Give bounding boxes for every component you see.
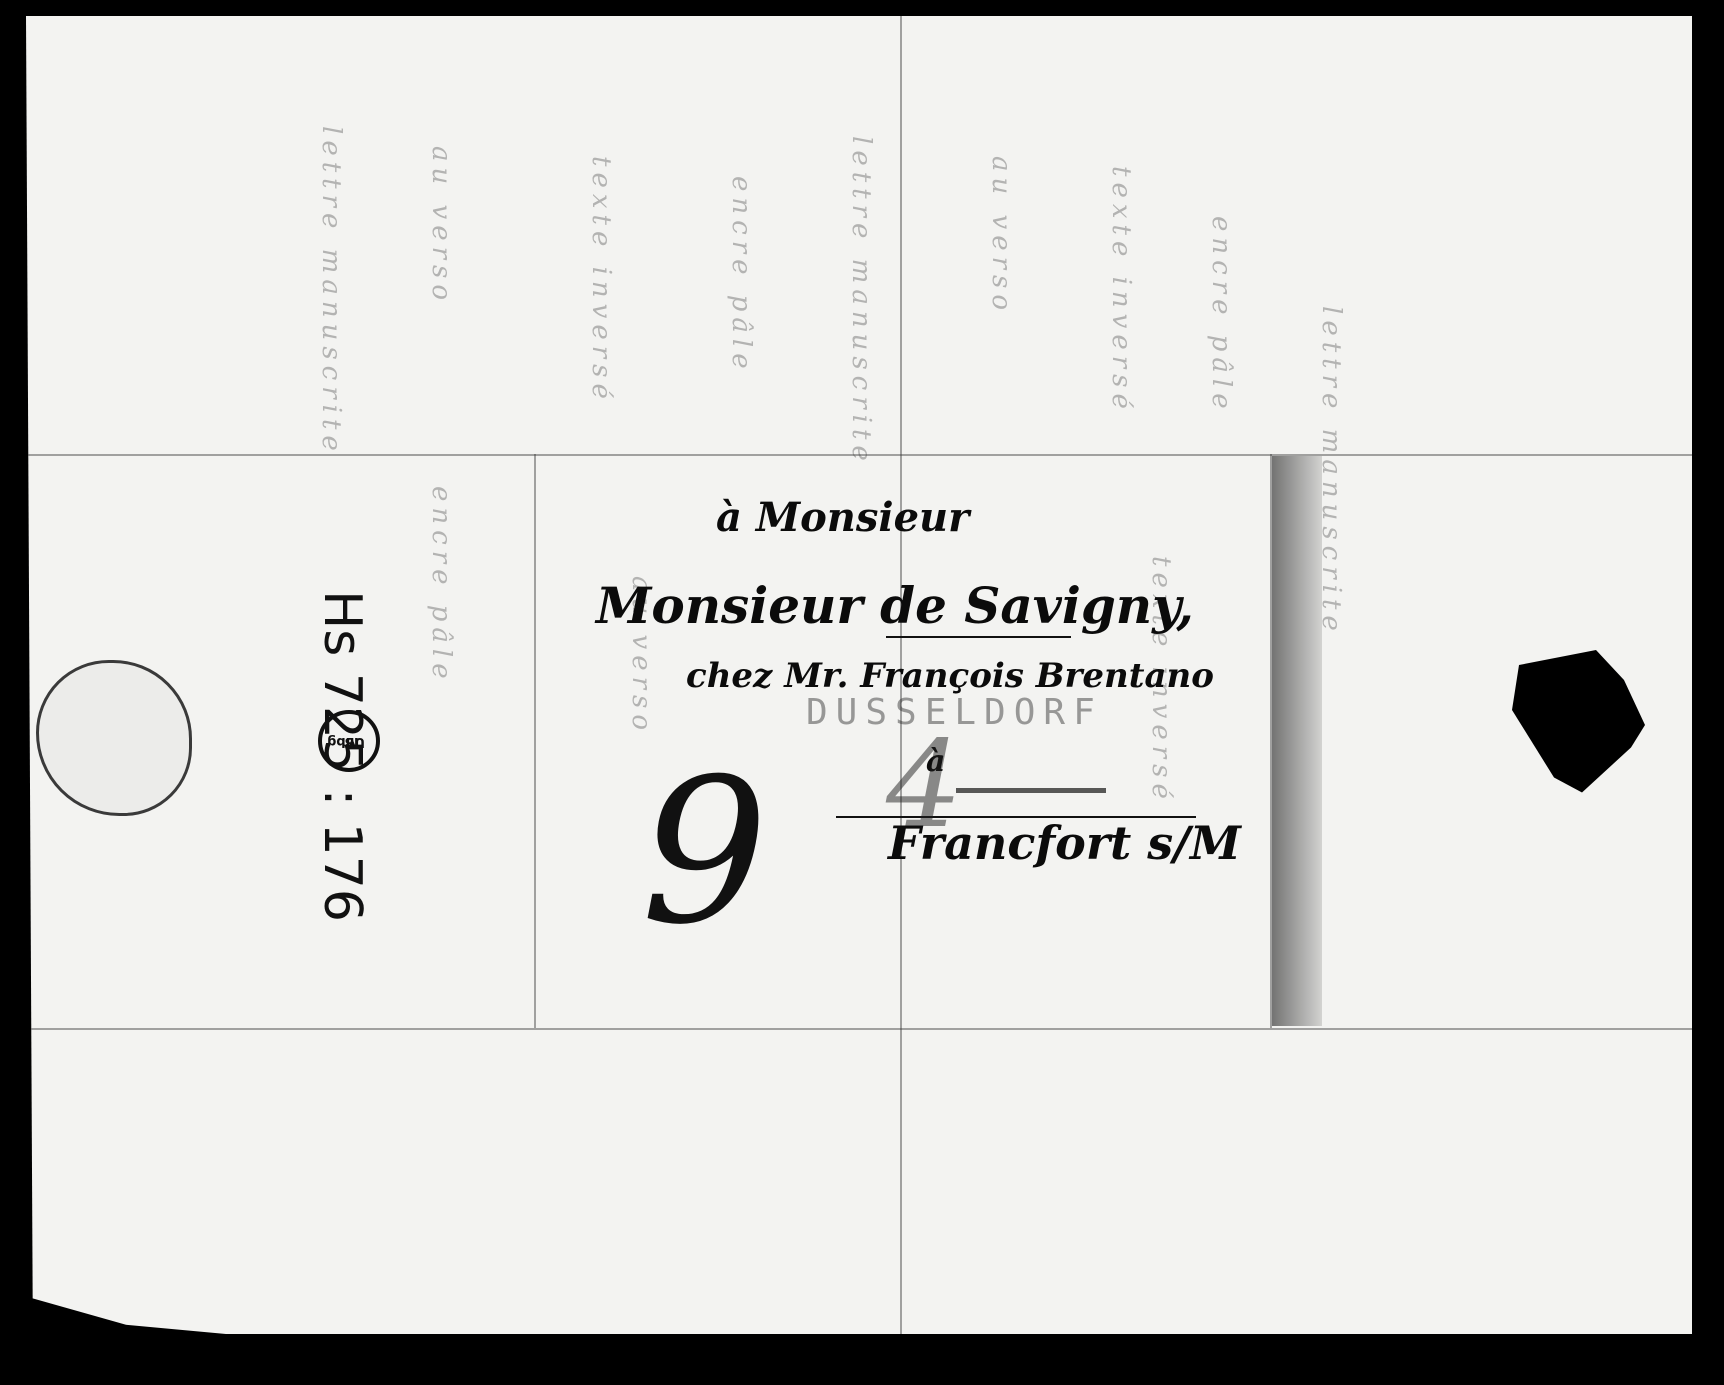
bleed-through-text: lettre manuscrite (316, 126, 346, 457)
bleed-through-text: encre pâle (1206, 216, 1236, 415)
bleed-through-text: lettre manuscrite (1316, 306, 1346, 637)
library-stamp-line2: Mbg (327, 735, 359, 747)
bleed-through-text: texte inversé (586, 156, 616, 405)
bleed-through-text: encre pâle (426, 486, 456, 685)
bleed-through-text: au verso (426, 146, 456, 306)
horizontal-fold-bottom (26, 1028, 1692, 1030)
postage-mark: 9 (641, 736, 768, 969)
address-line-recipient: Monsieur de Savigny, (596, 576, 1194, 635)
bleed-through-text: lettre manuscrite (846, 136, 876, 467)
wax-seal-remnant (36, 660, 192, 816)
letter-page: lettre manuscrite au verso texte inversé… (26, 16, 1692, 1334)
recipient-underline (886, 636, 1071, 638)
fold-shadow (1272, 456, 1322, 1026)
postage-stroke (956, 788, 1106, 793)
postage-mark-secondary: 4 (886, 716, 962, 855)
library-stamp: UBMbg (318, 710, 380, 772)
bleed-through-text: encre pâle (726, 176, 756, 375)
address-line-salutation: à Monsieur (716, 494, 969, 541)
bleed-through-text: texte inversé (1106, 166, 1136, 415)
vertical-fold-left (534, 454, 536, 1028)
address-line-care-of: chez Mr. François Brentano (686, 656, 1214, 696)
seal-tear-hole (1512, 650, 1652, 800)
bleed-through-text: au verso (986, 156, 1016, 316)
